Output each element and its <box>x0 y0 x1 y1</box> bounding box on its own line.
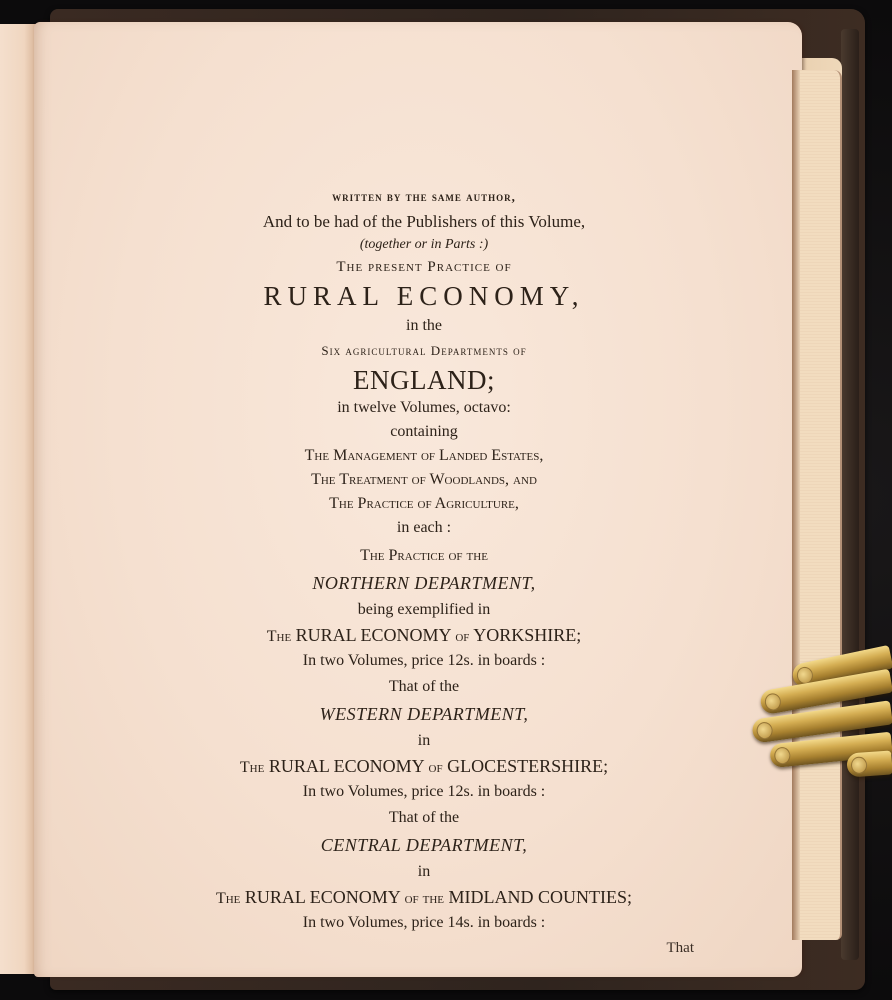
brass-hand-clip-icon <box>752 640 892 780</box>
section-western: That of the WESTERN DEPARTMENT, in The R… <box>184 679 664 800</box>
work-title: The RURAL ECONOMY of the MIDLAND COUNTIE… <box>184 888 664 907</box>
publishers-line: And to be had of the Publishers of this … <box>184 213 664 230</box>
title-main: RURAL ECONOMY <box>296 625 451 645</box>
containing-line: containing <box>184 424 664 440</box>
page-fore-edge <box>792 70 842 940</box>
book-page: WRITTEN BY THE SAME AUTHOR, And to be ha… <box>34 22 802 977</box>
section-northern: The Practice of the NORTHERN DEPARTMENT,… <box>184 548 664 669</box>
present-practice-line: The present Practice of <box>184 260 664 275</box>
title-of: of the <box>405 890 444 907</box>
practice-agriculture-line: The Practice of Agriculture, <box>184 496 664 512</box>
price-line: In two Volumes, price 12s. in boards : <box>184 784 664 800</box>
section-central: That of the CENTRAL DEPARTMENT, in The R… <box>184 810 664 931</box>
title-prefix: The <box>267 628 291 645</box>
title-prefix: The <box>240 759 264 776</box>
title-region: YORKSHIRE; <box>473 625 581 645</box>
price-line: In two Volumes, price 14s. in boards : <box>184 915 664 931</box>
department-name: NORTHERN DEPARTMENT, <box>184 574 664 592</box>
together-line: (together or in Parts :) <box>184 238 664 252</box>
title-main: RURAL ECONOMY <box>245 887 400 907</box>
title-region: MIDLAND COUNTIES; <box>449 887 633 907</box>
clip-finger <box>846 750 892 777</box>
title-prefix: The <box>216 890 240 907</box>
section-connector: in <box>184 864 664 880</box>
work-title: The RURAL ECONOMY of YORKSHIRE; <box>184 626 664 645</box>
catchword: That <box>667 940 695 957</box>
title-main: RURAL ECONOMY <box>269 756 424 776</box>
twelve-volumes-line: in twelve Volumes, octavo: <box>184 400 664 416</box>
work-title: The RURAL ECONOMY of GLOCESTERSHIRE; <box>184 757 664 776</box>
section-intro: The Practice of the <box>184 548 664 564</box>
advertisement-text: WRITTEN BY THE SAME AUTHOR, And to be ha… <box>184 162 664 931</box>
section-connector: being exemplified in <box>184 602 664 618</box>
management-line: The Management of Landed Estates, <box>184 448 664 464</box>
section-intro: That of the <box>184 679 664 695</box>
in-the-line: in the <box>184 318 664 334</box>
department-name: WESTERN DEPARTMENT, <box>184 705 664 723</box>
england-title: ENGLAND; <box>184 367 664 394</box>
written-by-heading: WRITTEN BY THE SAME AUTHOR, <box>184 190 664 203</box>
title-of: of <box>455 628 469 645</box>
in-each-line: in each : <box>184 520 664 536</box>
department-name: CENTRAL DEPARTMENT, <box>184 836 664 854</box>
six-departments-line: Six agricultural Departments of <box>184 344 664 357</box>
section-intro: That of the <box>184 810 664 826</box>
price-line: In two Volumes, price 12s. in boards : <box>184 653 664 669</box>
rural-economy-title: RURAL ECONOMY, <box>184 283 664 310</box>
title-of: of <box>429 759 443 776</box>
title-region: GLOCESTERSHIRE; <box>447 756 608 776</box>
treatment-line: The Treatment of Woodlands, and <box>184 472 664 488</box>
section-connector: in <box>184 733 664 749</box>
